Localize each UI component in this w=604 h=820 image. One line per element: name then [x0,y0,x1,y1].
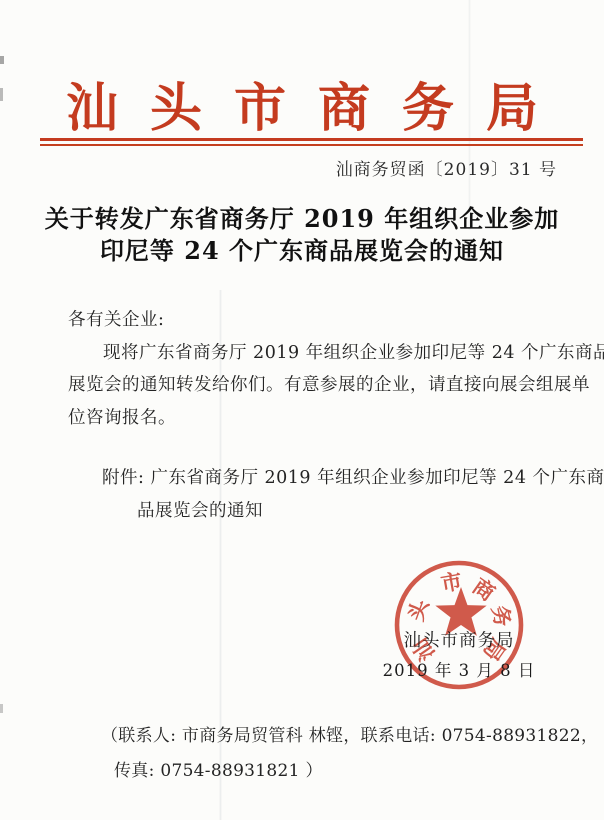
letterhead-agency-name: 汕头市商务局 [0,66,604,141]
letterhead-divider-rule [40,138,583,146]
scanned-official-document: 汕头市商务局 汕商务贸函〔2019〕31 号 关于转发广东省商务厅 2019 年… [0,0,604,820]
divider-thin-line [40,144,583,146]
document-title: 关于转发广东省商务厅 2019 年组织企业参加 印尼等 24 个广东商品展览会的… [0,203,604,267]
seal-ring-char: 市 [439,568,464,596]
contact-info: （联系人: 市商务局贸管科 林铿，联系电话: 0754-88931822， 传真… [101,719,571,789]
seal-ring-char: 头 [403,595,434,624]
contact-line-1: （联系人: 市商务局贸管科 林铿，联系电话: 0754-88931822， [101,719,571,754]
scan-edge-speck [0,704,3,713]
body-paragraph-line: 现将广东省商务厅 2019 年组织企业参加印尼等 24 个广东商品 [68,337,548,370]
issuing-agency-name: 汕头市商务局 [383,627,535,652]
issue-date: 2019 年 3 月 8 日 [378,657,540,681]
attachment-note: 附件: 广东省商务厅 2019 年组织企业参加印尼等 24 个广东商 品展览会的… [102,462,572,528]
body-paragraph-line: 展览会的通知转发给你们。有意参展的企业，请直接向展会组展单 [68,369,548,402]
document-body: 各有关企业: 现将广东省商务厅 2019 年组织企业参加印尼等 24 个广东商品… [68,304,548,434]
body-paragraph-line: 位咨询报名。 [68,402,548,435]
contact-line-2: 传真: 0754-88931821 ） [101,754,571,789]
attachment-line-2: 品展览会的通知 [102,495,572,528]
attachment-line-1: 附件: 广东省商务厅 2019 年组织企业参加印尼等 24 个广东商 [102,462,572,495]
seal-ring-char: 务 [487,603,516,629]
scan-edge-speck [0,56,4,64]
document-title-line-2: 印尼等 24 个广东商品展览会的通知 [0,235,604,267]
salutation: 各有关企业: [68,304,548,337]
seal-ring-char: 商 [468,573,500,606]
document-title-line-1: 关于转发广东省商务厅 2019 年组织企业参加 [0,203,604,235]
document-reference-number: 汕商务贸函〔2019〕31 号 [336,155,557,180]
